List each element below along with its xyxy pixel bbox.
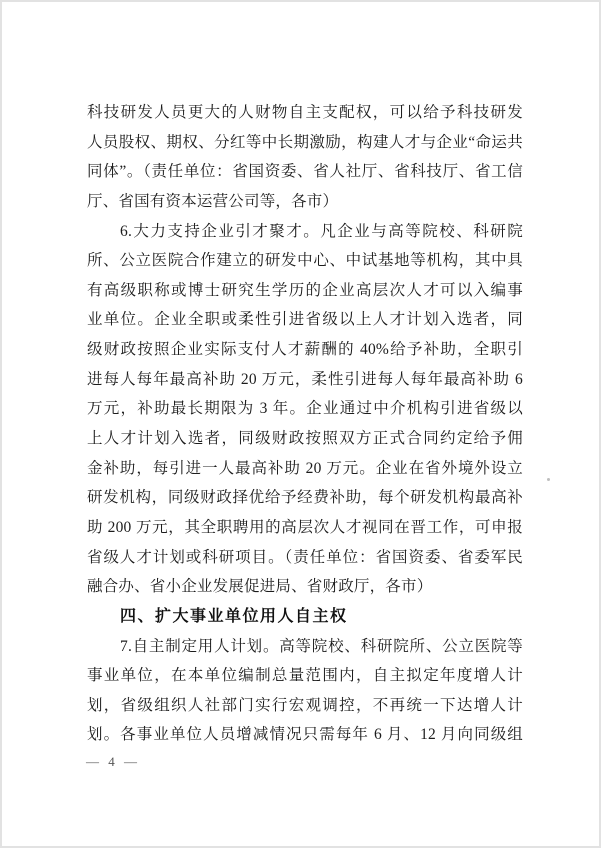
text-line: 上人才计划入选者，同级财政按照双方正式合同约定给予佣 [87, 424, 523, 454]
document-page: 科技研发人员更大的人财物自主支配权，可以给予科技研发 人员股权、期权、分红等中长… [0, 0, 601, 848]
scan-artifact-dot [547, 478, 550, 481]
text-line: 科技研发人员更大的人财物自主支配权，可以给予科技研发 [87, 98, 523, 128]
text-line: 有高级职称或博士研究生学历的企业高层次人才可以入编事 [87, 276, 523, 306]
text-line: 助 200 万元，其全职聘用的高层次人才视同在晋工作，可申报 [87, 513, 523, 543]
text-line: 进每人每年最高补助 20 万元，柔性引进每人每年最高补助 6 [87, 365, 523, 395]
text-line: 级财政按照企业实际支付人才薪酬的 40%给予补助，全职引 [87, 335, 523, 365]
text-line: 业单位。企业全职或柔性引进省级以上人才计划入选者，同 [87, 305, 523, 335]
page-number: — 4 — [86, 754, 140, 770]
text-line: 划。各事业单位人员增减情况只需每年 6 月、12 月向同级组 [87, 720, 523, 750]
text-line: 同体”。（责任单位：省国资委、省人社厅、省科技厅、省工信 [87, 157, 523, 187]
text-line: 省级人才计划或科研项目。（责任单位：省国资委、省委军民 [87, 543, 523, 573]
text-line: 事业单位，在本单位编制总量范围内，自主拟定年度增人计 [87, 661, 523, 691]
text-line: 人员股权、期权、分红等中长期激励，构建人才与企业“命运共 [87, 128, 523, 158]
paragraph-start-line: 6.大力支持企业引才聚才。凡企业与高等院校、科研院 [87, 217, 523, 247]
text-line: 划，省级组织人社部门实行宏观调控，不再统一下达增人计 [87, 691, 523, 721]
text-line: 厅、省国有资本运营公司等，各市） [87, 187, 523, 217]
paragraph-start-line: 7.自主制定用人计划。高等院校、科研院所、公立医院等 [87, 632, 523, 662]
text-line: 融合办、省小企业发展促进局、省财政厅，各市） [87, 572, 523, 602]
text-line: 所、公立医院合作建立的研发中心、中试基地等机构，其中具 [87, 246, 523, 276]
section-heading: 四、扩大事业单位用人自主权 [87, 602, 523, 632]
text-line: 金补助，每引进一人最高补助 20 万元。企业在省外境外设立 [87, 454, 523, 484]
text-line: 研发机构，同级财政择优给予经费补助，每个研发机构最高补 [87, 483, 523, 513]
text-line: 万元，补助最长期限为 3 年。企业通过中介机构引进省级以 [87, 394, 523, 424]
document-body: 科技研发人员更大的人财物自主支配权，可以给予科技研发 人员股权、期权、分红等中长… [87, 98, 523, 750]
